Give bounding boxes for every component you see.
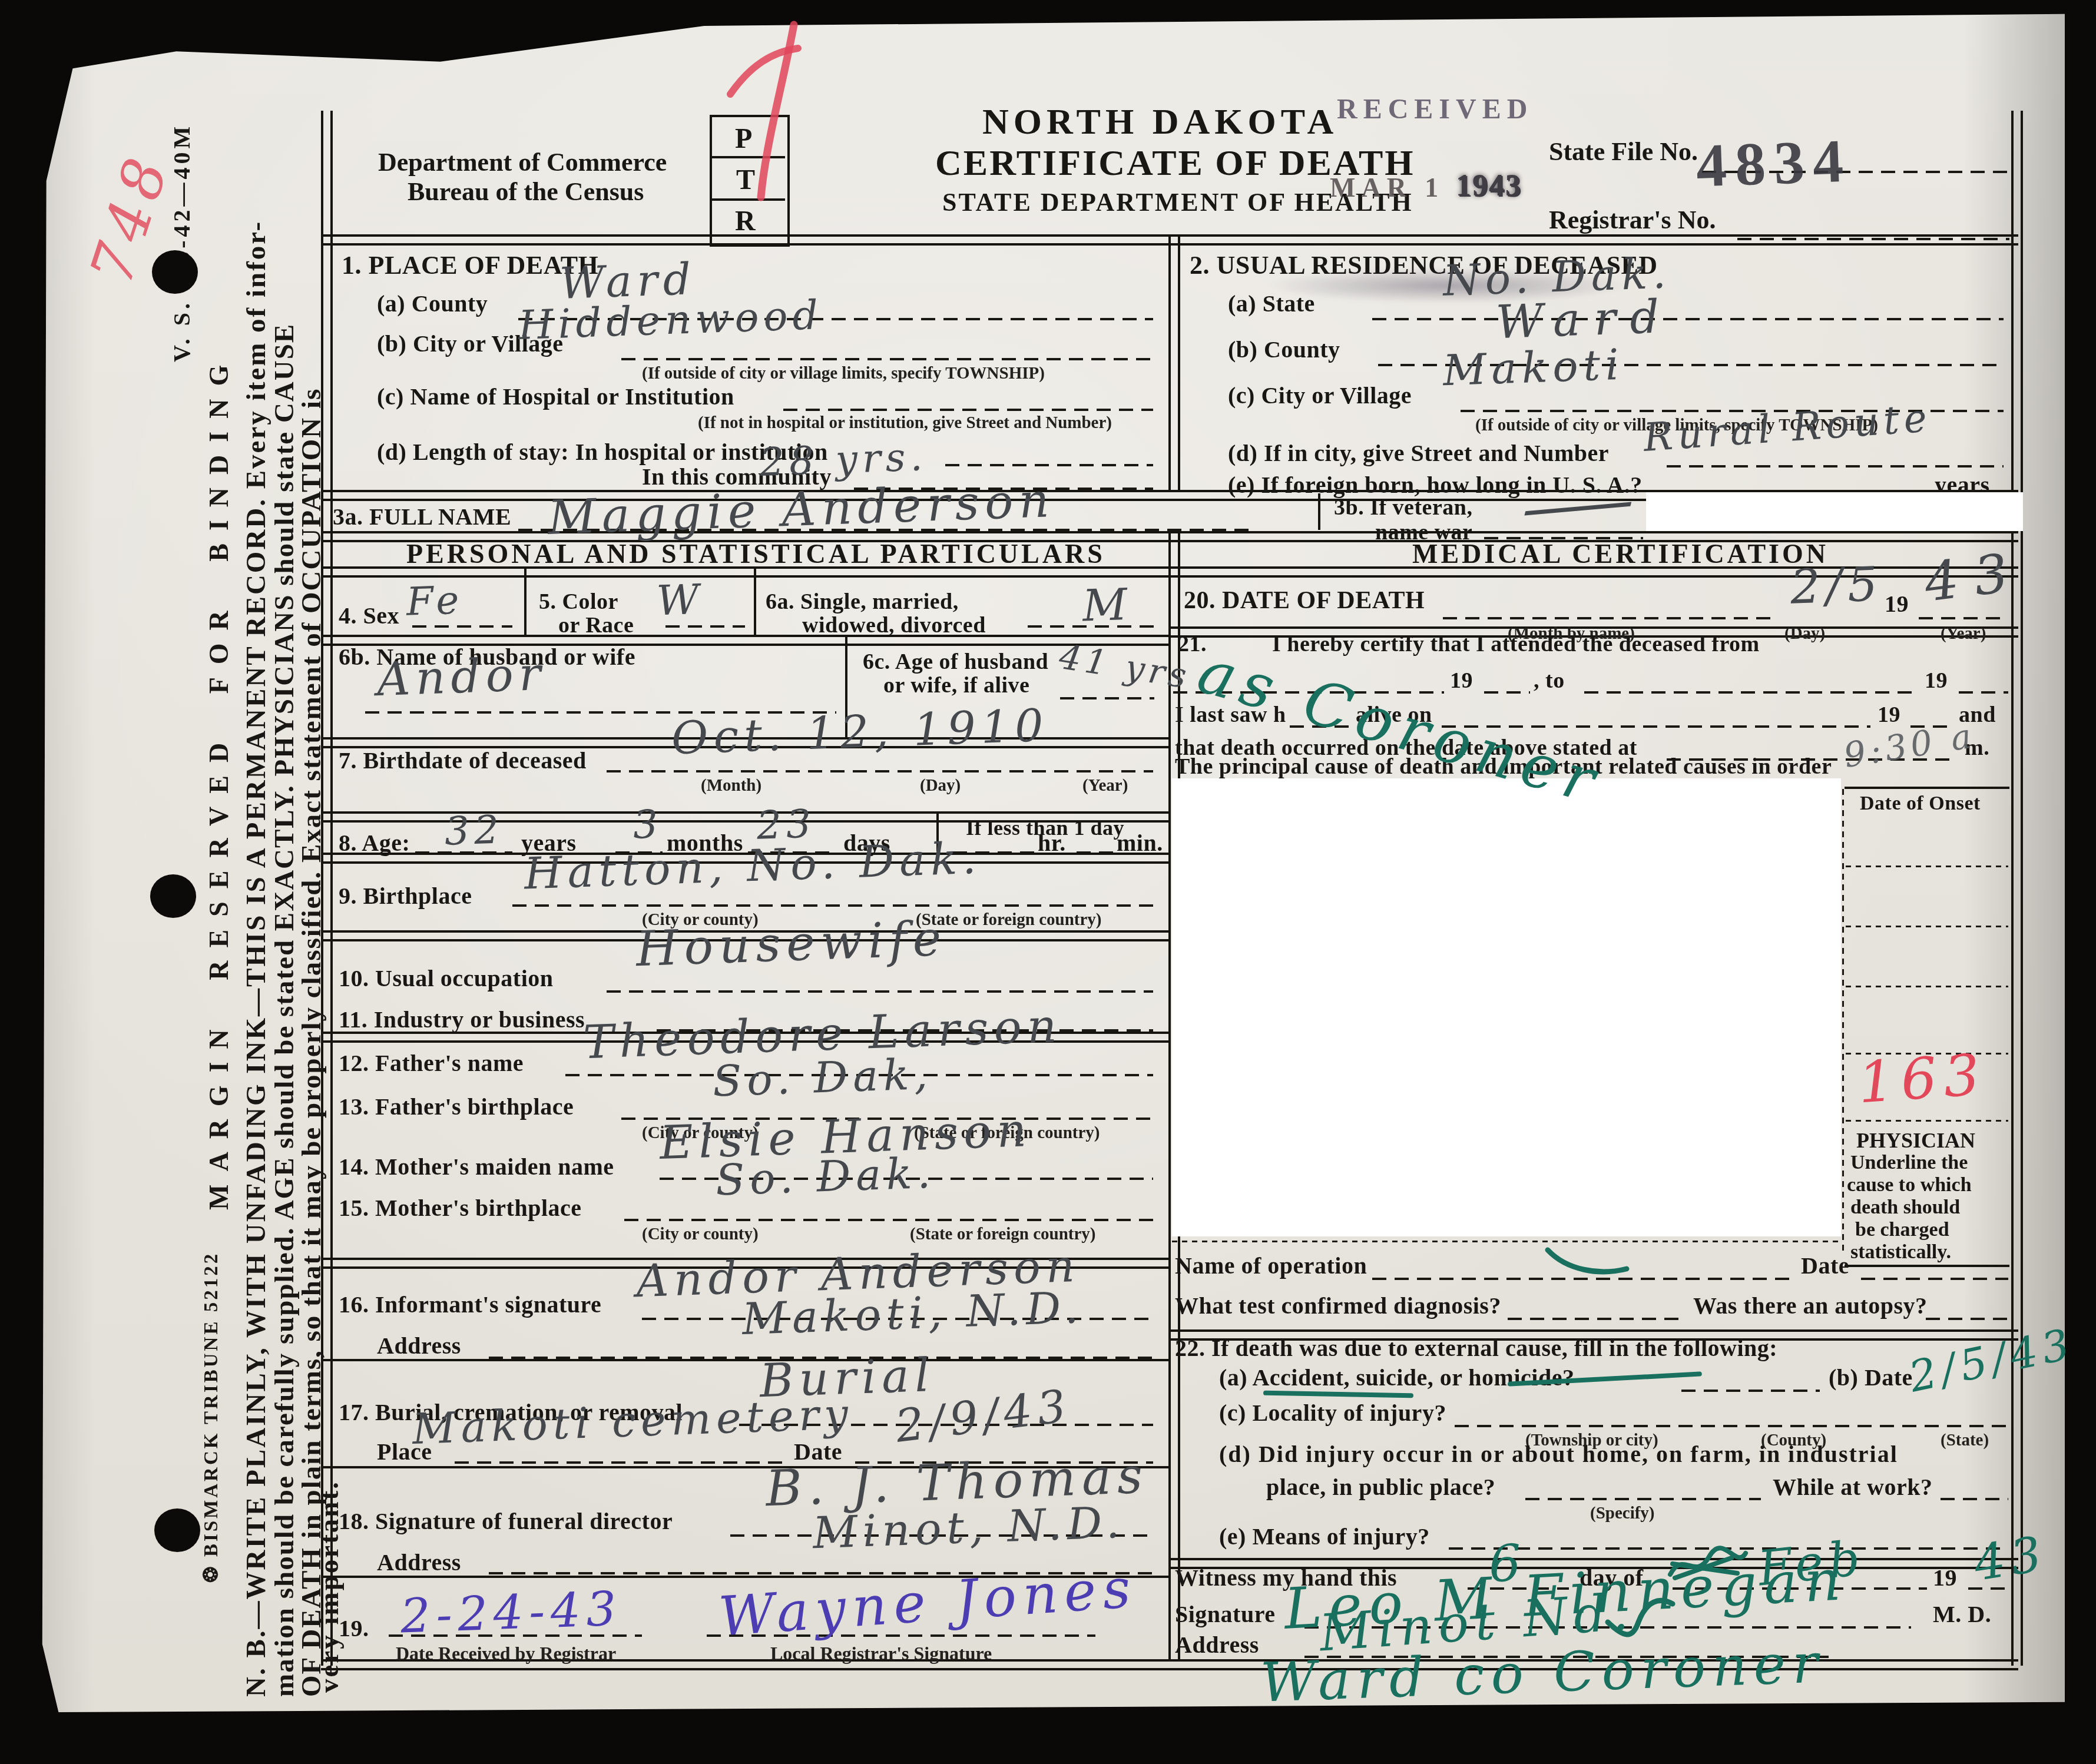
row19-num: 19.: [339, 1614, 369, 1642]
sec22-d-label3: While at work?: [1773, 1473, 1932, 1501]
birthdate-label: 7. Birthdate of deceased: [339, 747, 587, 774]
binding-margin-note: MARGIN RESERVED FOR BINDING: [203, 352, 234, 1210]
mother-birthplace-label: 15. Mother's birthplace: [339, 1194, 582, 1222]
sec22-title: 22. If death was due to external cause, …: [1175, 1334, 1777, 1362]
date-stamp-month: MAR 1: [1330, 172, 1444, 203]
operation-date-label: Date: [1801, 1252, 1849, 1279]
spouse-age-label2: or wife, if alive: [883, 672, 1029, 698]
cause-last-rule: [1172, 1241, 1841, 1242]
sec1-county-label: (a) County: [377, 290, 488, 317]
sec22-d-label2: place, in public place?: [1266, 1473, 1495, 1501]
date-of-onset-label: Date of Onset: [1860, 793, 1981, 815]
sec22-e-label: (e) Means of injury?: [1219, 1523, 1430, 1550]
title-state: NORTH DAKOTA: [982, 101, 1338, 143]
witness-addr-label: Address: [1175, 1631, 1259, 1659]
nb-note-line1: N. B.—WRITE PLAINLY, WITH UNFADING INK—T…: [240, 220, 272, 1697]
informant-addr-label: Address: [377, 1332, 461, 1360]
race-label1: 5. Color: [539, 589, 618, 615]
mother-birthplace-line: [624, 1219, 1153, 1221]
sec1-hospital-caption: (If not in hospital or institution, give…: [698, 413, 1112, 433]
certify-line1: I hereby certify that I attended the dec…: [1272, 631, 1760, 657]
spouse-age-line: [1060, 697, 1154, 699]
birthplace-line: [512, 904, 1153, 907]
sec2-city-label: (c) City or Village: [1228, 382, 1412, 409]
band-left-title: PERSONAL AND STATISTICAL PARTICULARS: [406, 538, 1105, 569]
birthdate-cap-day: (Day): [920, 776, 961, 795]
mother-birthplace-cap1: (City or county): [642, 1225, 759, 1244]
occupation-line: [607, 990, 1153, 993]
full-name-label: 3a. FULL NAME: [333, 503, 511, 530]
registrar-date-value: 2-24-43: [399, 1581, 622, 1643]
physician-note-3: cause to which: [1847, 1174, 1972, 1196]
race-label2: or Race: [558, 612, 634, 638]
occupation-value: Housewife: [635, 911, 948, 977]
sec1-hospital-label: (c) Name of Hospital or Institution: [377, 383, 734, 410]
date-of-death-year-line: [1919, 617, 2007, 619]
witness-19: 19: [1933, 1564, 1957, 1591]
sec22-a-line: [1681, 1390, 1820, 1392]
certify-19a-line: [1484, 691, 1530, 694]
sec2-state-line: [1372, 318, 2004, 320]
rule-onset-bottom: [1845, 1265, 2009, 1267]
autopsy-line: [1926, 1318, 2008, 1320]
onset-rule-3: [1846, 986, 2008, 987]
row21-num: 21.: [1178, 631, 1207, 657]
sec1-stay-line: [945, 464, 1153, 466]
funeral-addr-label: Address: [377, 1549, 461, 1576]
lastsaw-19: 19: [1878, 702, 1900, 728]
red-check-mark: [695, 18, 825, 218]
race-line: [665, 625, 745, 628]
dept-line2: Bureau of the Census: [408, 177, 644, 207]
age-hr-label: hr.: [1038, 829, 1066, 857]
age-label: 8. Age:: [339, 829, 410, 857]
state-file-number: 4834: [1695, 125, 1853, 201]
spouse-age-label1: 6c. Age of husband: [863, 649, 1048, 675]
onset-rule-2: [1846, 926, 2008, 927]
printer-imprint-text: BISMARCK TRIBUNE 52122: [201, 1252, 222, 1557]
punch-hole: [152, 250, 198, 294]
sec22-d-line1: [1525, 1498, 1761, 1500]
sec22-d-label1: (d) Did injury occur in or about home, o…: [1219, 1440, 1898, 1468]
birthdate-line: [607, 770, 1153, 772]
sec22-a-label: (a) Accident, suicide, or homicide?: [1219, 1364, 1574, 1391]
marital-value: M: [1082, 579, 1134, 632]
age-months-value: 3: [633, 801, 664, 848]
form-code: V. S. 2-3-42—40M: [168, 123, 196, 362]
physician-note-2: Underline the: [1850, 1152, 1968, 1174]
date-of-death-line: [1443, 617, 1779, 619]
father-birthplace-label: 13. Father's birthplace: [339, 1093, 574, 1120]
sec22-b-label: (b) Date: [1829, 1364, 1913, 1391]
sec2-city-value: Makoti: [1442, 340, 1625, 396]
operation-date-line: [1861, 1278, 2008, 1280]
occupation-label: 10. Usual occupation: [339, 964, 554, 992]
physician-note-5: be charged: [1855, 1219, 1949, 1241]
marital-label1: 6a. Single, married,: [766, 589, 959, 615]
rule-onset-divider: [1842, 789, 1844, 1255]
sec1-community-value: 28 yrs.: [759, 434, 928, 485]
death-certificate-scan: V. S. 2-3-42—40M MARGIN RESERVED FOR BIN…: [0, 0, 2096, 1764]
sec22-d-caption: (Specify): [1590, 1504, 1655, 1523]
printer-imprint: ❂ BISMARCK TRIBUNE 52122: [199, 1252, 223, 1583]
burial-place-line: [455, 1461, 783, 1464]
band-right-title: MEDICAL CERTIFICATION: [1412, 538, 1829, 569]
veteran-label1: 3b. If veteran,: [1334, 495, 1472, 520]
sec22-c-line: [1455, 1425, 2007, 1427]
mother-name-label: 14. Mother's maiden name: [339, 1153, 614, 1181]
physician-note-4: death should: [1850, 1196, 1960, 1219]
birthplace-label: 9. Birthplace: [339, 882, 472, 910]
test-line: [1508, 1318, 1681, 1320]
certify-19a: 19: [1450, 668, 1473, 694]
rule-onset-top: [1845, 787, 2009, 789]
funeral-director-label: 18. Signature of funeral director: [339, 1507, 673, 1535]
green-scratch-out: [1667, 1544, 1749, 1585]
age-years-value: 32: [444, 807, 504, 854]
age-min-label: min.: [1117, 829, 1163, 857]
rule-center-upper: [1168, 237, 1180, 490]
printer-union-logo: ❂: [201, 1564, 222, 1583]
physician-note-6: statistically.: [1850, 1241, 1951, 1264]
birthdate-cap-year: (Year): [1082, 776, 1128, 795]
veteran-value: —: [1516, 460, 1653, 546]
green-check-mark: [1602, 1590, 1678, 1649]
sec1-hospital-line: [783, 409, 1153, 411]
autopsy-label: Was there an autopsy?: [1693, 1292, 1928, 1319]
industry-label: 11. Industry or business: [339, 1006, 585, 1033]
witness-year-value: 43: [1970, 1526, 2051, 1592]
date-of-death-label: 20. DATE OF DEATH: [1184, 586, 1425, 615]
marital-label2: widowed, divorced: [802, 612, 986, 638]
test-label: What test confirmed diagnosis?: [1175, 1292, 1501, 1319]
race-value: W: [656, 575, 705, 625]
dod-cap-year: (Year): [1941, 624, 1986, 644]
certify-19b-line: [1959, 691, 2008, 694]
rule-right: [2011, 111, 2023, 1666]
punch-hole: [150, 874, 196, 918]
rule-3b-divider: [1318, 493, 1320, 530]
father-birthplace-value: So. Dak,: [712, 1049, 933, 1106]
punch-hole: [154, 1508, 200, 1552]
spouse-value: Andor: [376, 648, 548, 707]
dept-line1: Department of Commerce: [378, 147, 667, 177]
physician-note-1: PHYSICIAN: [1856, 1128, 1975, 1153]
date-stamp-year: 1943: [1456, 168, 1522, 203]
registrar-sig-caption: Local Registrar's Signature: [770, 1643, 992, 1664]
redaction-block-3b: [1646, 492, 2023, 531]
sec2-street-line: [1667, 465, 2004, 467]
sex-line: [412, 625, 512, 628]
sec2-street-label: (d) If in city, give Street and Number: [1228, 439, 1609, 467]
received-stamp: RECEIVED: [1337, 93, 1533, 125]
sex-label: 4. Sex: [339, 602, 399, 629]
certify-to-line: [1584, 691, 1919, 694]
registrar-date-caption: Date Received by Registrar: [396, 1643, 616, 1664]
date-of-death-19: 19: [1885, 590, 1909, 618]
operation-label: Name of operation: [1175, 1252, 1367, 1279]
informant-label: 16. Informant's signature: [339, 1291, 601, 1318]
sec1-city-line: [621, 358, 1153, 360]
date-of-death-year: 43: [1921, 541, 2027, 614]
state-file-label: State File No.: [1549, 137, 1698, 167]
sec22-c-label: (c) Locality of injury?: [1219, 1399, 1446, 1427]
sec22-c-cap3: (State): [1941, 1431, 1989, 1450]
father-name-label: 12. Father's name: [339, 1049, 524, 1077]
dod-cap-day: (Day): [1784, 624, 1825, 644]
sec2-county-label: (b) County: [1228, 336, 1340, 363]
mother-birthplace-value: So. Dak.: [715, 1148, 936, 1205]
sec1-city-caption: (If outside of city or village limits, s…: [642, 364, 1045, 383]
sec22-d-line2: [1941, 1498, 2008, 1500]
certify-to: , to: [1534, 668, 1565, 694]
birthdate-cap-month: (Month): [701, 776, 761, 795]
green-tick-mark: [1543, 1239, 1631, 1281]
onset-rule-5: [1846, 1120, 2008, 1122]
statistical-code: 163: [1856, 1042, 1988, 1116]
certify-19b: 19: [1925, 668, 1948, 694]
witness-sig-label: Signature: [1175, 1600, 1275, 1628]
date-of-death-md: 2/5: [1789, 556, 1884, 614]
onset-rule-1: [1846, 866, 2008, 867]
witness-md: M. D.: [1933, 1600, 1991, 1628]
registrar-no-label: Registrar's No.: [1549, 205, 1716, 235]
sex-value: Fe: [406, 577, 465, 624]
rule-4-5: [524, 569, 527, 635]
redaction-block-cause: [1172, 778, 1841, 1236]
rule-5-6a: [754, 569, 756, 635]
